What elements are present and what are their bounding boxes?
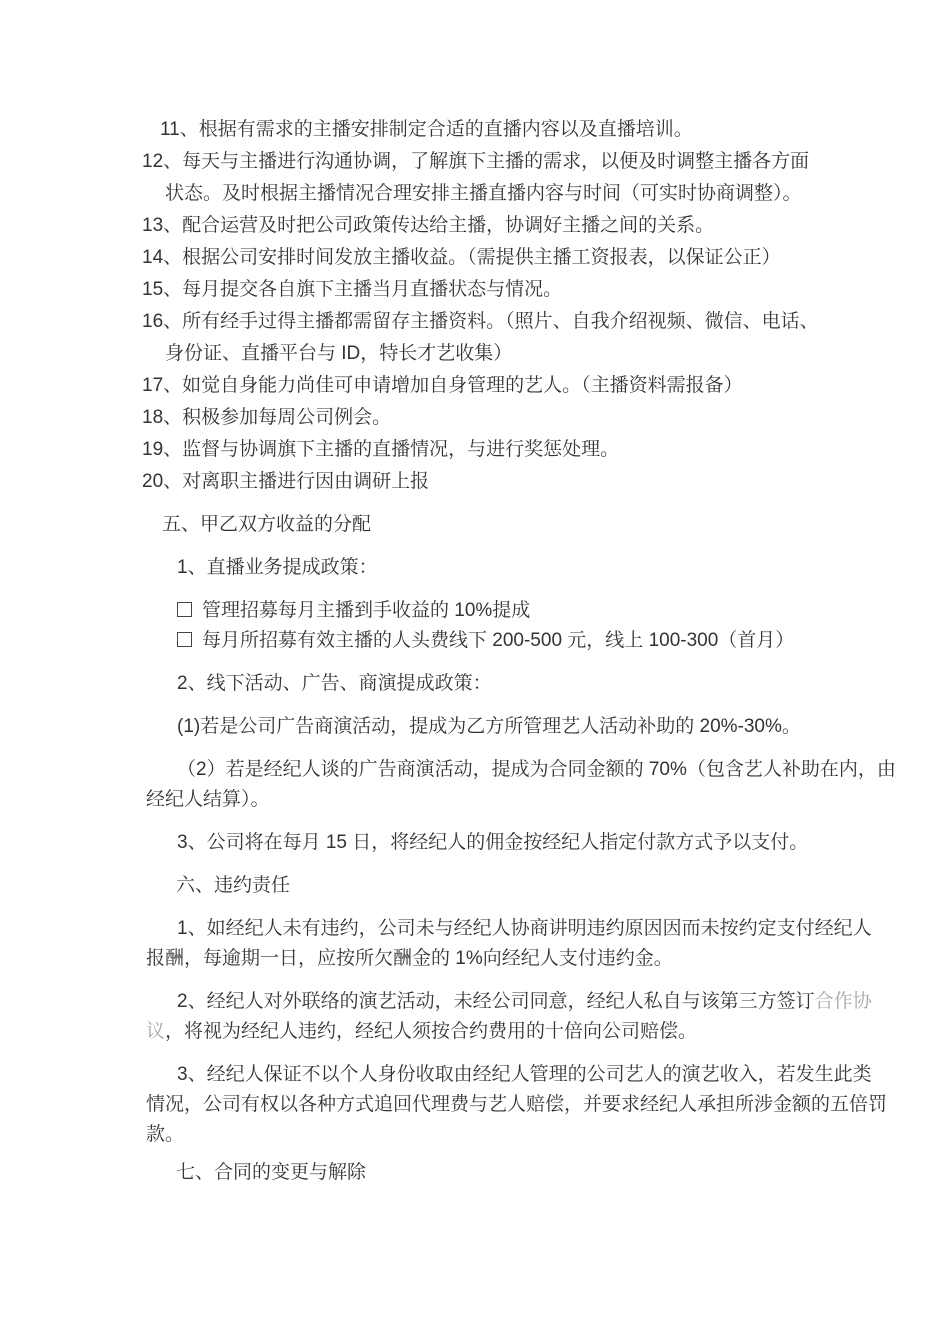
list-item-15-line-1: 15、每月提交各自旗下主播当月直播状态与情况。 [142, 274, 950, 306]
highlighted-term: 合作协 [815, 991, 872, 1012]
six-para-3-line-1: 3、经纪人保证不以个人身份收取由经纪人管理的公司艺人的演艺收入，若发生此类 [177, 1060, 950, 1090]
section-heading-seven: 七、合同的变更与解除 [176, 1158, 950, 1188]
duty-list: 11、根据有需求的主播安排制定合适的直播内容以及直播培训。 12、每天与主播进行… [0, 0, 950, 498]
list-item: 13、配合运营及时把公司政策传达给主播，协调好主播之间的关系。 [0, 210, 950, 242]
list-item: 18、积极参加每周公司例会。 [0, 402, 950, 434]
list-item: 15、每月提交各自旗下主播当月直播状态与情况。 [0, 274, 950, 306]
checkbox-label: 管理招募每月主播到手收益的 10%提成 [202, 600, 530, 621]
five-sub-3: 3、公司将在每月 15 日，将经纪人的佣金按经纪人指定付款方式予以支付。 [177, 828, 950, 858]
six-para-3-line-3: 款。 [146, 1120, 950, 1150]
checkbox-line: 管理招募每月主播到手收益的 10%提成 [177, 596, 950, 626]
section-six: 六、违约责任 1、如经纪人未有违约，公司未与经纪人协商讲明违约原因因而未按约定支… [0, 871, 950, 1150]
sub-item: 3、公司将在每月 15 日，将经纪人的佣金按经纪人指定付款方式予以支付。 [0, 828, 950, 858]
paragraph: 3、经纪人保证不以个人身份收取由经纪人管理的公司艺人的演艺收入，若发生此类 情况… [0, 1060, 950, 1150]
five-sub-1: 1、直播业务提成政策： [177, 553, 950, 583]
section-heading-five: 五、甲乙双方收益的分配 [162, 510, 950, 540]
five-para-2-line-1: （2）若是经纪人谈的广告商演活动，提成为合同金额的 70%（包含艺人补助在内，由 [177, 755, 950, 785]
list-item-19-line-1: 19、监督与协调旗下主播的直播情况，与进行奖惩处理。 [142, 434, 950, 466]
checkbox-group: 管理招募每月主播到手收益的 10%提成 每月所招募有效主播的人头费线下 200-… [0, 596, 950, 656]
six-para-1-line-2: 报酬，每逾期一日，应按所欠酬金的 1%向经纪人支付违约金。 [146, 944, 950, 974]
paragraph: 2、经纪人对外联络的演艺活动，未经公司同意，经纪人私自与该第三方签订合作协 议，… [0, 987, 950, 1047]
list-item-14-line-1: 14、根据公司安排时间发放主播收益。（需提供主播工资报表，以保证公正） [142, 242, 950, 274]
six-para-2-line-1: 2、经纪人对外联络的演艺活动，未经公司同意，经纪人私自与该第三方签订合作协 [177, 987, 950, 1017]
five-para-1: (1)若是公司广告商演活动，提成为乙方所管理艺人活动补助的 20%-30%。 [177, 712, 950, 742]
list-item-12-line-2: 状态。及时根据主播情况合理安排主播直播内容与时间（可实时协商调整）。 [165, 178, 950, 210]
list-item: 17、如觉自身能力尚佳可申请增加自身管理的艺人。（主播资料需报备） [0, 370, 950, 402]
sub-item: 2、线下活动、广告、商演提成政策： [0, 669, 950, 699]
six-para-2-line-2-text: ，将视为经纪人违约，经纪人须按合约费用的十倍向公司赔偿。 [165, 1021, 697, 1042]
list-item: 11、根据有需求的主播安排制定合适的直播内容以及直播培训。 [0, 114, 950, 146]
paragraph: (1)若是公司广告商演活动，提成为乙方所管理艺人活动补助的 20%-30%。 [0, 712, 950, 742]
list-item-17-line-1: 17、如觉自身能力尚佳可申请增加自身管理的艺人。（主播资料需报备） [142, 370, 950, 402]
five-sub-2: 2、线下活动、广告、商演提成政策： [177, 669, 950, 699]
list-item-12-line-1: 12、每天与主播进行沟通协调，了解旗下主播的需求，以便及时调整主播各方面 [142, 146, 950, 178]
list-item: 16、所有经手过得主播都需留存主播资料。（照片、自我介绍视频、微信、电话、 身份… [0, 306, 950, 370]
list-item-18-line-1: 18、积极参加每周公司例会。 [142, 402, 950, 434]
sub-item: 1、直播业务提成政策： [0, 553, 950, 583]
six-para-2-line-1-text: 2、经纪人对外联络的演艺活动，未经公司同意，经纪人私自与该第三方签订 [177, 991, 815, 1012]
checkbox-icon [177, 632, 192, 647]
list-item-20-line-1: 20、对离职主播进行因由调研上报 [142, 466, 950, 498]
section-seven: 七、合同的变更与解除 [0, 1158, 950, 1188]
six-para-3-line-2: 情况，公司有权以各种方式追回代理费与艺人赔偿，并要求经纪人承担所涉金额的五倍罚 [146, 1090, 950, 1120]
five-para-2-line-2: 经纪人结算）。 [146, 785, 950, 815]
list-item-11-line-1: 11、根据有需求的主播安排制定合适的直播内容以及直播培训。 [160, 114, 950, 146]
paragraph: 1、如经纪人未有违约，公司未与经纪人协商讲明违约原因因而未按约定支付经纪人 报酬… [0, 914, 950, 974]
document-page: 11、根据有需求的主播安排制定合适的直播内容以及直播培训。 12、每天与主播进行… [0, 0, 950, 1344]
list-item-13-line-1: 13、配合运营及时把公司政策传达给主播，协调好主播之间的关系。 [142, 210, 950, 242]
six-para-2-line-2: 议，将视为经纪人违约，经纪人须按合约费用的十倍向公司赔偿。 [146, 1017, 950, 1047]
paragraph: （2）若是经纪人谈的广告商演活动，提成为合同金额的 70%（包含艺人补助在内，由… [0, 755, 950, 815]
list-item: 12、每天与主播进行沟通协调，了解旗下主播的需求，以便及时调整主播各方面 状态。… [0, 146, 950, 210]
checkbox-label: 每月所招募有效主播的人头费线下 200-500 元，线上 100-300（首月） [202, 630, 794, 651]
checkbox-line: 每月所招募有效主播的人头费线下 200-500 元，线上 100-300（首月） [177, 626, 950, 656]
list-item-16-line-1: 16、所有经手过得主播都需留存主播资料。（照片、自我介绍视频、微信、电话、 [142, 306, 950, 338]
list-item: 19、监督与协调旗下主播的直播情况，与进行奖惩处理。 [0, 434, 950, 466]
checkbox-icon [177, 602, 192, 617]
list-item: 20、对离职主播进行因由调研上报 [0, 466, 950, 498]
six-para-1-line-1: 1、如经纪人未有违约，公司未与经纪人协商讲明违约原因因而未按约定支付经纪人 [177, 914, 950, 944]
highlighted-term: 议 [146, 1021, 165, 1042]
list-item: 14、根据公司安排时间发放主播收益。（需提供主播工资报表，以保证公正） [0, 242, 950, 274]
section-five: 五、甲乙双方收益的分配 1、直播业务提成政策： 管理招募每月主播到手收益的 10… [0, 510, 950, 858]
list-item-16-line-2: 身份证、直播平台与 ID，特长才艺收集） [165, 338, 950, 370]
section-heading-six: 六、违约责任 [176, 871, 950, 901]
